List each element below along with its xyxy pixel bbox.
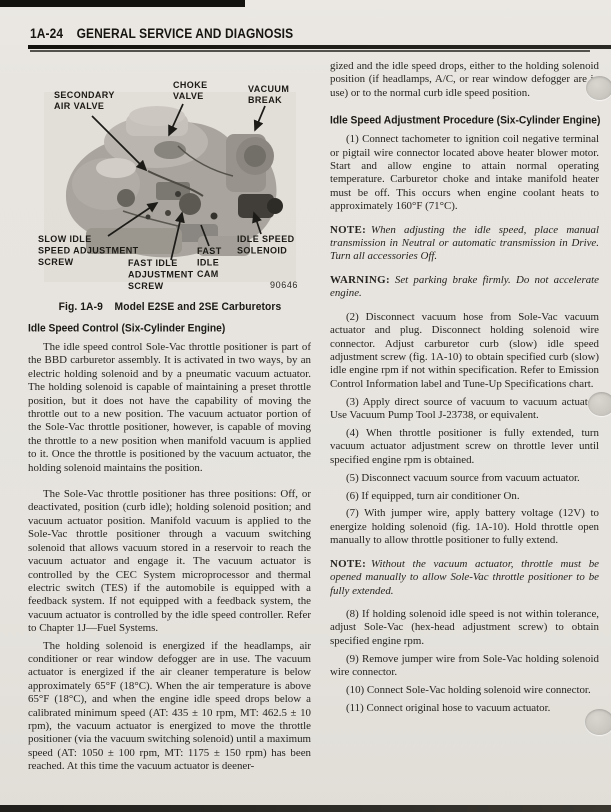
left-column: Idle Speed Control (Six-Cylinder Engine)… xyxy=(28,322,311,774)
page-number: 1A-24 xyxy=(30,26,63,41)
procedure-step-9: (9) Remove jumper wire from Sole-Vac hol… xyxy=(330,653,599,680)
figure-label-choke-valve: CHOKEVALVE xyxy=(173,80,208,101)
scan-artifact-bottom xyxy=(0,805,611,812)
page-title: GENERAL SERVICE AND DIAGNOSIS xyxy=(77,26,294,41)
procedure-step-2: (2) Disconnect vacuum hose from Sole-Vac… xyxy=(330,311,599,391)
figure-caption-label: Fig. 1A-9 xyxy=(59,301,103,314)
right-column: gized and the idle speed drops, either t… xyxy=(330,60,599,715)
scan-artifact-top xyxy=(0,0,245,7)
procedure-step-4: (4) When throttle positioner is fully ex… xyxy=(330,427,599,467)
header-rule xyxy=(28,45,611,49)
figure-label-fast-idle-cam: FASTIDLECAM xyxy=(197,246,222,279)
paragraph-three-positions: The Sole-Vac throttle positioner has thr… xyxy=(28,488,311,635)
section-heading-idle-speed-adjustment: Idle Speed Adjustment Procedure (Six-Cyl… xyxy=(330,114,588,127)
note-adjusting-idle-speed: NOTE:When adjusting the idle speed, plac… xyxy=(330,224,599,264)
paragraph-continuation: gized and the idle speed drops, either t… xyxy=(330,60,599,100)
hole-punch xyxy=(588,392,611,416)
procedure-step-10: (10) Connect Sole-Vac holding solenoid w… xyxy=(330,684,599,697)
note-label: NOTE: xyxy=(330,224,366,236)
carburetor-photo: SECONDARYAIR VALVE CHOKEVALVE VACUUMBREA… xyxy=(28,76,312,300)
figure-label-idle-speed-solenoid: IDLE SPEEDSOLENOID xyxy=(237,234,295,256)
warning-label: WARNING: xyxy=(330,274,390,286)
procedure-step-7: (7) With jumper wire, apply battery volt… xyxy=(330,507,599,547)
procedure-step-1: (1) Connect tachometer to ignition coil … xyxy=(330,133,599,213)
procedure-step-8: (8) If holding solenoid idle speed is no… xyxy=(330,608,599,648)
note-label: NOTE: xyxy=(330,558,366,570)
figure-caption-title: Model E2SE and 2SE Carburetors xyxy=(115,301,282,314)
procedure-step-3: (3) Apply direct source of vacuum to vac… xyxy=(330,396,599,423)
paragraph-holding-solenoid: The holding solenoid is energized if the… xyxy=(28,640,311,774)
manual-page: 1A-24GENERAL SERVICE AND DIAGNOSIS xyxy=(0,0,611,812)
note-vacuum-actuator: NOTE:Without the vacuum actuator, thrott… xyxy=(330,558,599,598)
figure-carburetor: SECONDARYAIR VALVE CHOKEVALVE VACUUMBREA… xyxy=(28,76,312,300)
hole-punch xyxy=(586,76,611,100)
paragraph-sole-vac-intro: The idle speed control Sole-Vac throttle… xyxy=(28,341,311,475)
warning-parking-brake: WARNING:Set parking brake firmly. Do not… xyxy=(330,274,599,301)
figure-caption: Fig. 1A-9Model E2SE and 2SE Carburetors xyxy=(32,301,307,314)
page-header: 1A-24GENERAL SERVICE AND DIAGNOSIS xyxy=(30,26,293,41)
procedure-step-6: (6) If equipped, turn air conditioner On… xyxy=(330,490,599,503)
hole-punch xyxy=(585,709,611,735)
section-heading-idle-speed-control: Idle Speed Control (Six-Cylinder Engine) xyxy=(28,322,300,335)
photo-id-number: 90646 xyxy=(270,280,298,290)
procedure-step-11: (11) Connect original hose to vacuum act… xyxy=(330,702,599,715)
procedure-step-5: (5) Disconnect vacuum source from vacuum… xyxy=(330,472,599,485)
